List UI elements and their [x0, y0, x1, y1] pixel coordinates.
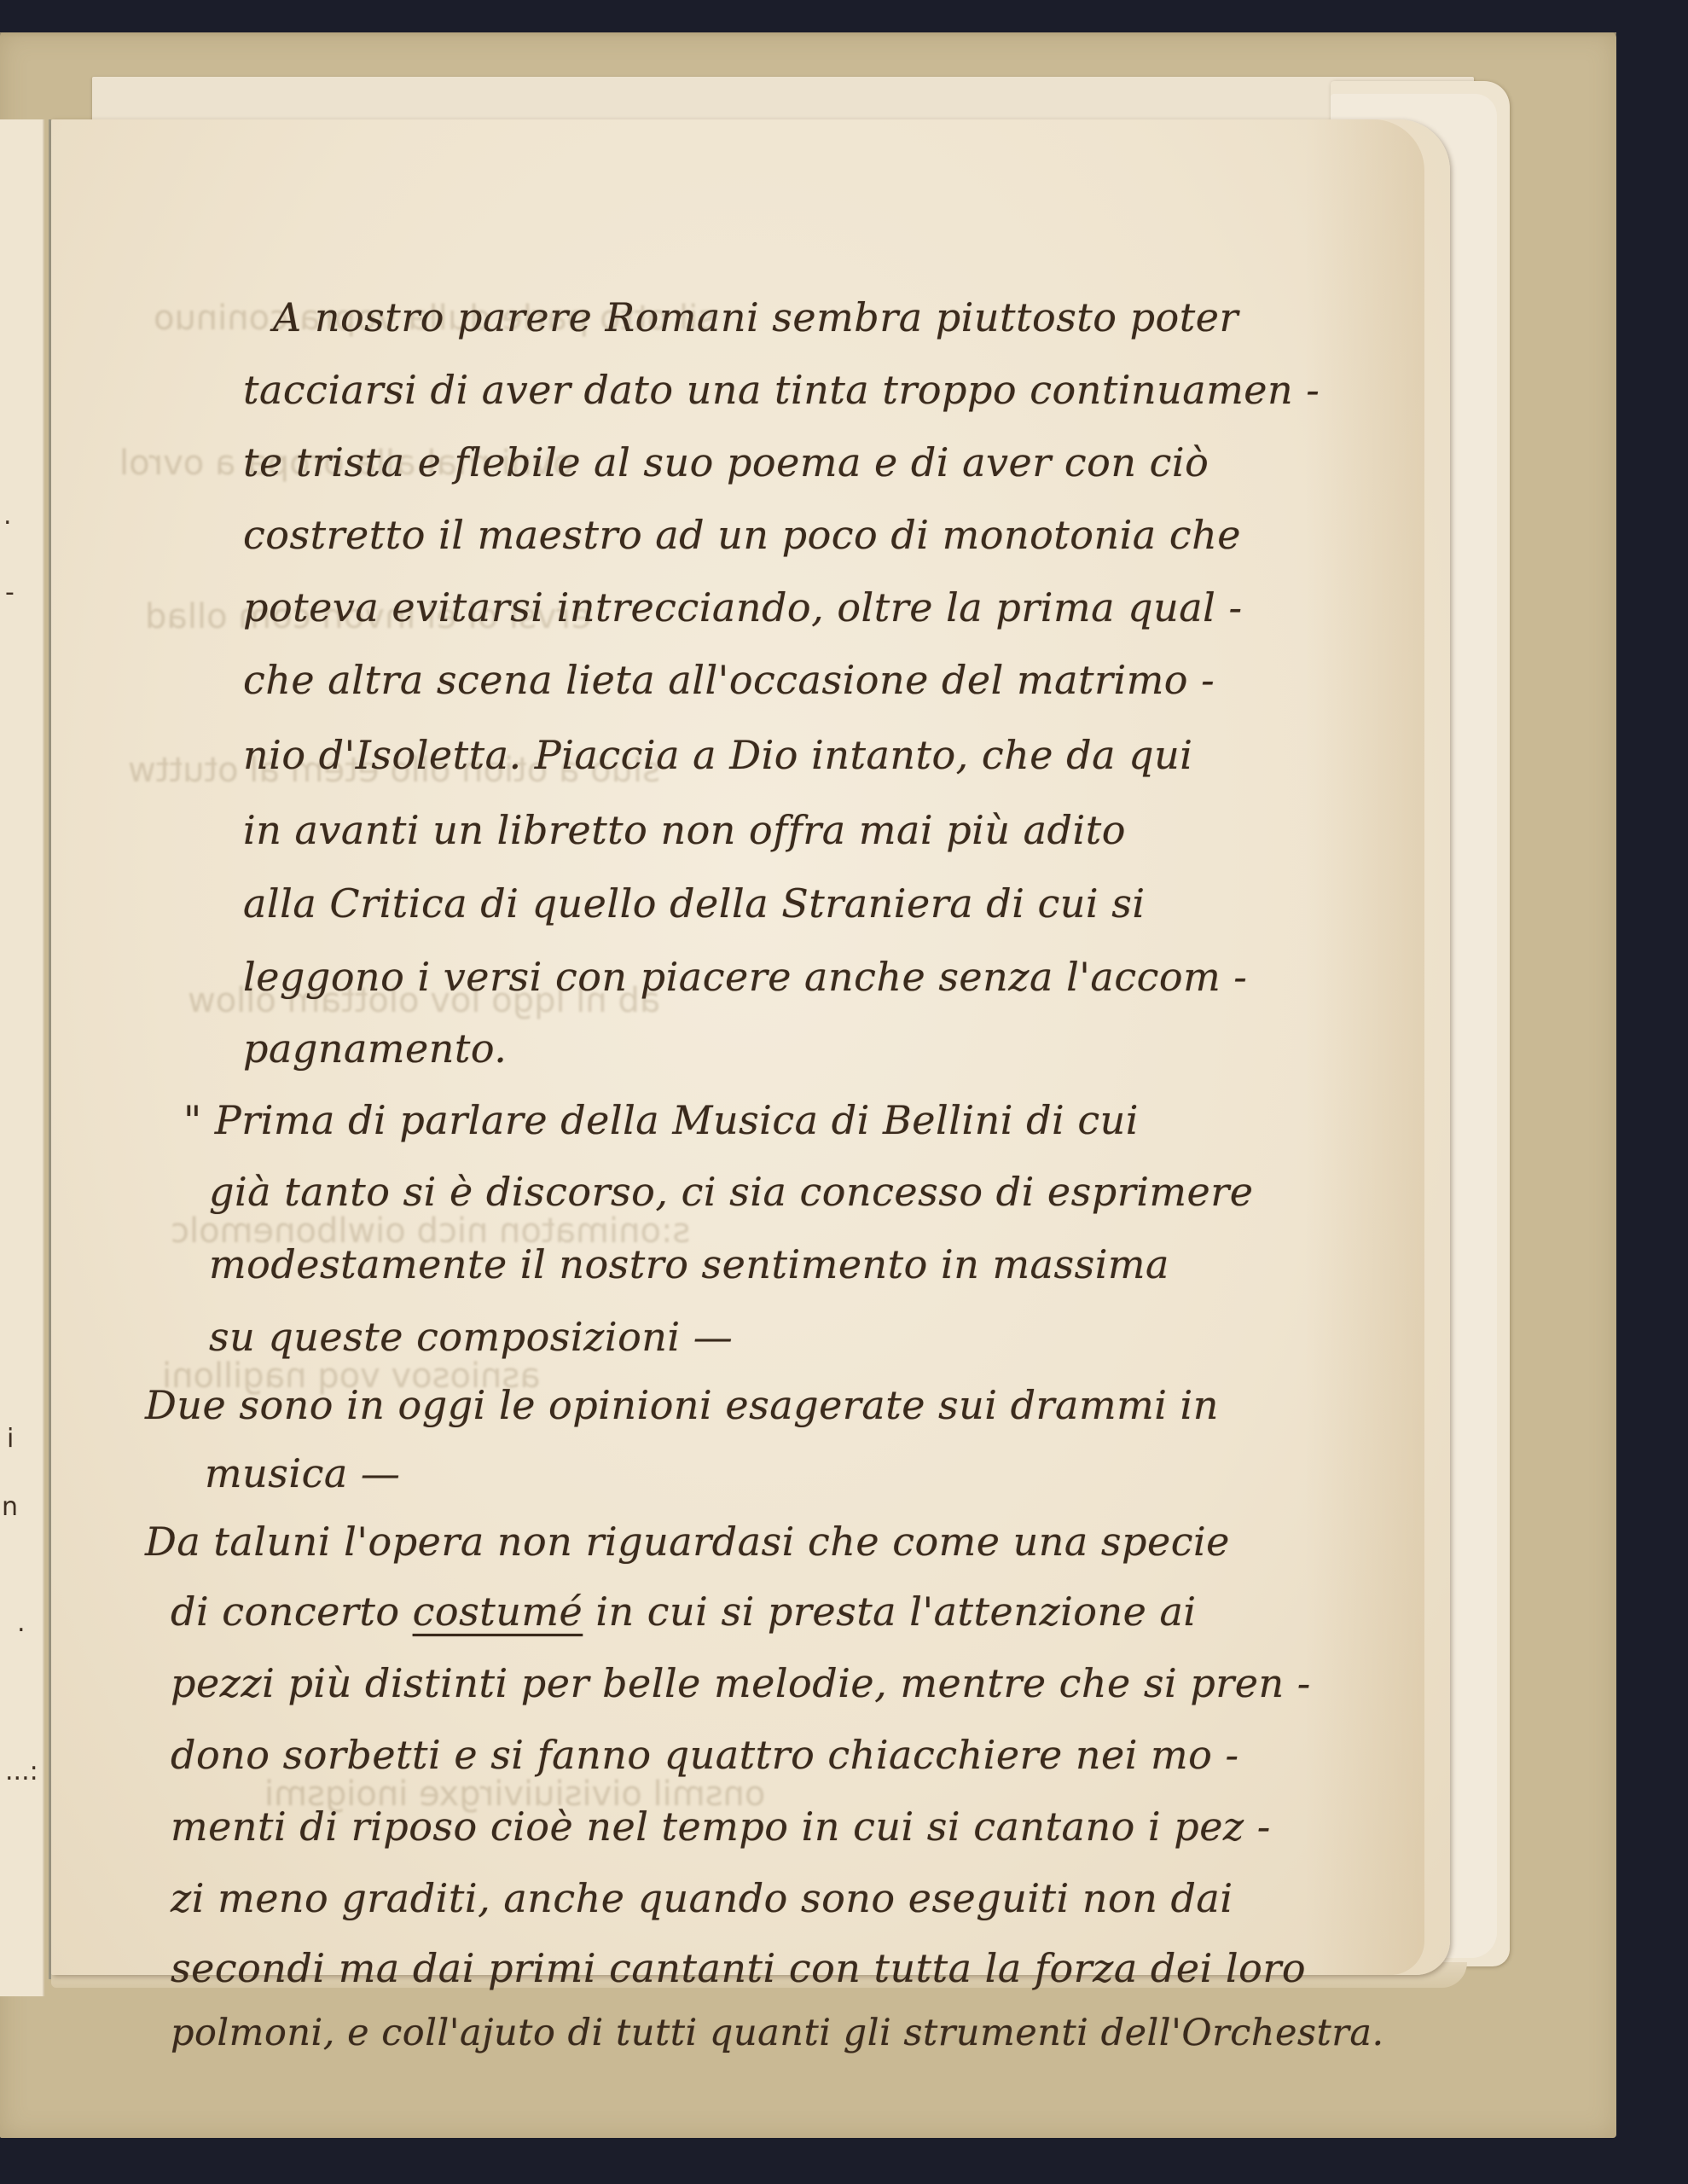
text-line: poteva evitarsi intrecciando, oltre la p… [243, 584, 1243, 630]
manuscript-text: A nostro parere Romani sembra piuttosto … [51, 119, 1450, 1975]
text-line: Da taluni l'opera non riguardasi che com… [145, 1519, 1230, 1565]
facing-page-mark: - [5, 580, 15, 606]
text-line: dono sorbetti e si fanno quattro chiacch… [171, 1732, 1239, 1778]
facing-page-mark: ...: [5, 1759, 38, 1785]
text-line: tacciarsi di aver dato una tinta troppo … [243, 367, 1320, 413]
text-line: Due sono in oggi le opinioni esagerate s… [145, 1382, 1219, 1428]
text-line: " Prima di parlare della Musica di Belli… [183, 1097, 1139, 1143]
text-line: alla Critica di quello della Straniera d… [243, 880, 1146, 926]
facing-page-mark: i [7, 1426, 14, 1452]
text-line: nio d'Isoletta. Piaccia a Dio intanto, c… [243, 732, 1192, 778]
text-segment: in cui si presta l'attenzione ai [595, 1589, 1196, 1635]
text-line: leggono i versi con piacere anche senza … [243, 954, 1247, 1000]
manuscript-page: sil otto parle dulla vopra coninuo ovni … [51, 119, 1450, 1975]
text-line: polmoni, e coll'ajuto di tutti quanti gl… [171, 2012, 1384, 2054]
text-line: pezzi più distinti per belle melodie, me… [171, 1660, 1311, 1706]
text-line: già tanto si è discorso, ci sia concesso… [209, 1169, 1253, 1215]
text-line: te trista e flebile al suo poema e di av… [243, 439, 1209, 485]
text-segment: di concerto [171, 1589, 400, 1635]
facing-page-mark: n [2, 1495, 18, 1520]
text-line: A nostro parere Romani sembra piuttosto … [273, 294, 1238, 340]
text-line: in avanti un libretto non offra mai più … [243, 807, 1126, 853]
text-line: pagnamento. [243, 1025, 507, 1072]
text-line: zi meno graditi, anche quando sono esegu… [171, 1875, 1233, 1921]
text-line: su queste composizioni — [209, 1314, 733, 1360]
text-line: musica — [205, 1450, 400, 1496]
text-line: costretto il maestro ad un poco di monot… [243, 512, 1241, 558]
facing-page-mark: . [3, 503, 12, 529]
mount-edge [0, 32, 1616, 38]
text-line: menti di riposo cioè nel tempo in cui si… [171, 1804, 1271, 1850]
text-line: che altra scena lieta all'occasione del … [243, 657, 1215, 703]
facing-page-mark: . [17, 1611, 26, 1636]
text-line: modestamente il nostro sentimento in mas… [209, 1241, 1169, 1287]
underlined-word: costumé [413, 1589, 583, 1635]
facing-page-left [0, 119, 44, 1996]
text-line: di concerto costumé in cui si presta l'a… [171, 1589, 1197, 1635]
text-line: secondi ma dai primi cantanti con tutta … [171, 1945, 1306, 1991]
